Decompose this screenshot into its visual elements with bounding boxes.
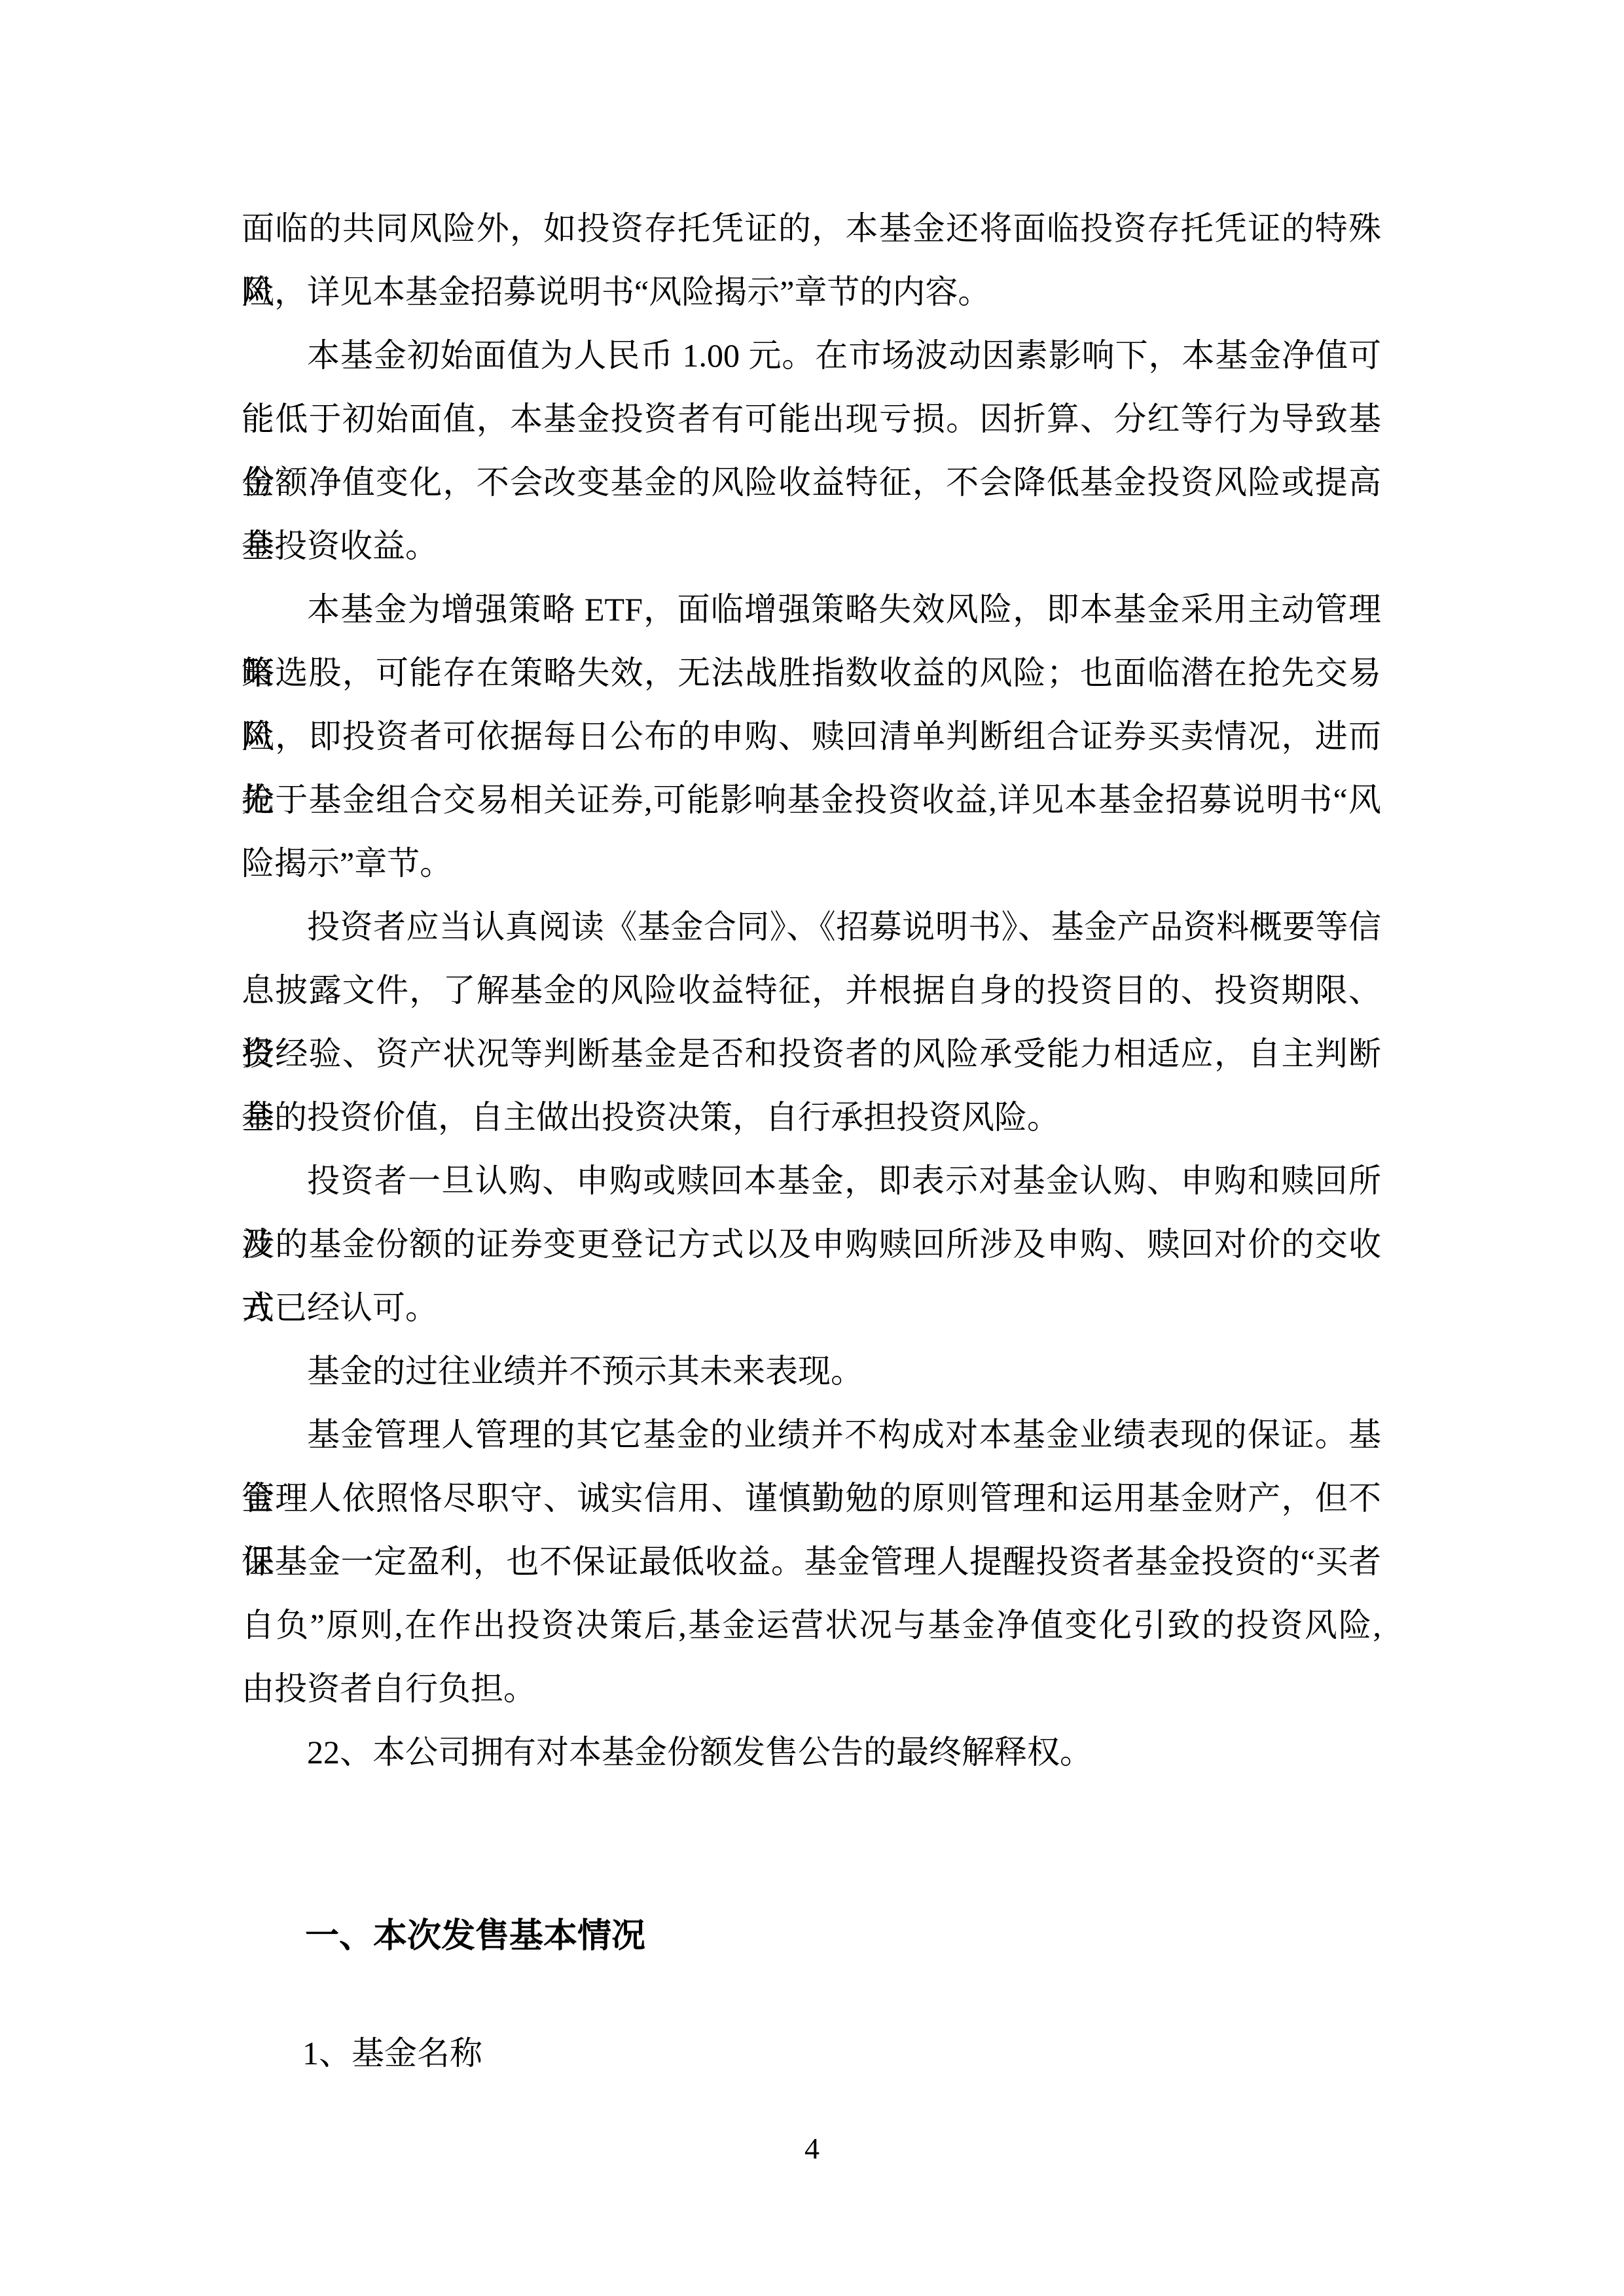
text-line: 本基金为增强策略 ETF，面临增强策略失效风险，即本基金采用主动管理策 (242, 578, 1381, 641)
text-line: 22、本公司拥有对本基金份额发售公告的最终解释权。 (242, 1721, 1381, 1784)
text-line: 先于基金组合交易相关证券,可能影响基金投资收益,详见本基金招募说明书“风 (242, 768, 1381, 832)
text-line: 投资者一旦认购、申购或赎回本基金，即表示对基金认购、申购和赎回所涉 (242, 1149, 1381, 1213)
text-line: 险揭示”章节。 (242, 832, 1381, 895)
text-line: 本基金初始面值为人民币 1.00 元。在市场波动因素影响下，本基金净值可 (242, 324, 1381, 387)
text-line: 证基金一定盈利，也不保证最低收益。基金管理人提醒投资者基金投资的“买者 (242, 1530, 1381, 1594)
text-line: 管理人依照恪尽职守、诚实信用、谨慎勤勉的原则管理和运用基金财产，但不保 (242, 1467, 1381, 1530)
text-line: 金的投资价值，自主做出投资决策，自行承担投资风险。 (242, 1086, 1381, 1149)
text-line: 及的基金份额的证券变更登记方式以及申购赎回所涉及申购、赎回对价的交收方 (242, 1213, 1381, 1276)
text-line: 略选股，可能存在策略失效，无法战胜指数收益的风险；也面临潜在抢先交易风 (242, 641, 1381, 705)
text-line: 能低于初始面值，本基金投资者有可能出现亏损。因折算、分红等行为导致基金 (242, 387, 1381, 451)
document-body: 面临的共同风险外，如投资存托凭证的，本基金还将面临投资存托凭证的特殊风险，详见本… (242, 197, 1381, 1784)
text-line: 险，详见本基金招募说明书“风险揭示”章节的内容。 (242, 260, 1381, 324)
text-line: 息披露文件，了解基金的风险收益特征，并根据自身的投资目的、投资期限、投 (242, 959, 1381, 1022)
document-page: 面临的共同风险外，如投资存托凭证的，本基金还将面临投资存托凭证的特殊风险，详见本… (0, 0, 1624, 2296)
list-item-fund-name: 1、基金名称 (302, 2022, 482, 2085)
text-line: 资经验、资产状况等判断基金是否和投资者的风险承受能力相适应，自主判断基 (242, 1022, 1381, 1086)
text-line: 由投资者自行负担。 (242, 1657, 1381, 1721)
text-line: 险，即投资者可依据每日公布的申购、赎回清单判断组合证券买卖情况，进而抢 (242, 705, 1381, 768)
text-line: 面临的共同风险外，如投资存托凭证的，本基金还将面临投资存托凭证的特殊风 (242, 197, 1381, 260)
text-line: 份额净值变化，不会改变基金的风险收益特征，不会降低基金投资风险或提高基 (242, 451, 1381, 514)
page-number: 4 (0, 2117, 1624, 2180)
text-line: 金投资收益。 (242, 514, 1381, 578)
text-line: 基金的过往业绩并不预示其未来表现。 (242, 1340, 1381, 1403)
text-line: 基金管理人管理的其它基金的业绩并不构成对本基金业绩表现的保证。基金 (242, 1403, 1381, 1467)
text-line: 投资者应当认真阅读《基金合同》、《招募说明书》、基金产品资料概要等信 (242, 895, 1381, 959)
text-line: 自负”原则,在作出投资决策后,基金运营状况与基金净值变化引致的投资风险, (242, 1594, 1381, 1657)
section-heading: 一、本次发售基本情况 (305, 1905, 645, 1968)
text-line: 式已经认可。 (242, 1276, 1381, 1340)
